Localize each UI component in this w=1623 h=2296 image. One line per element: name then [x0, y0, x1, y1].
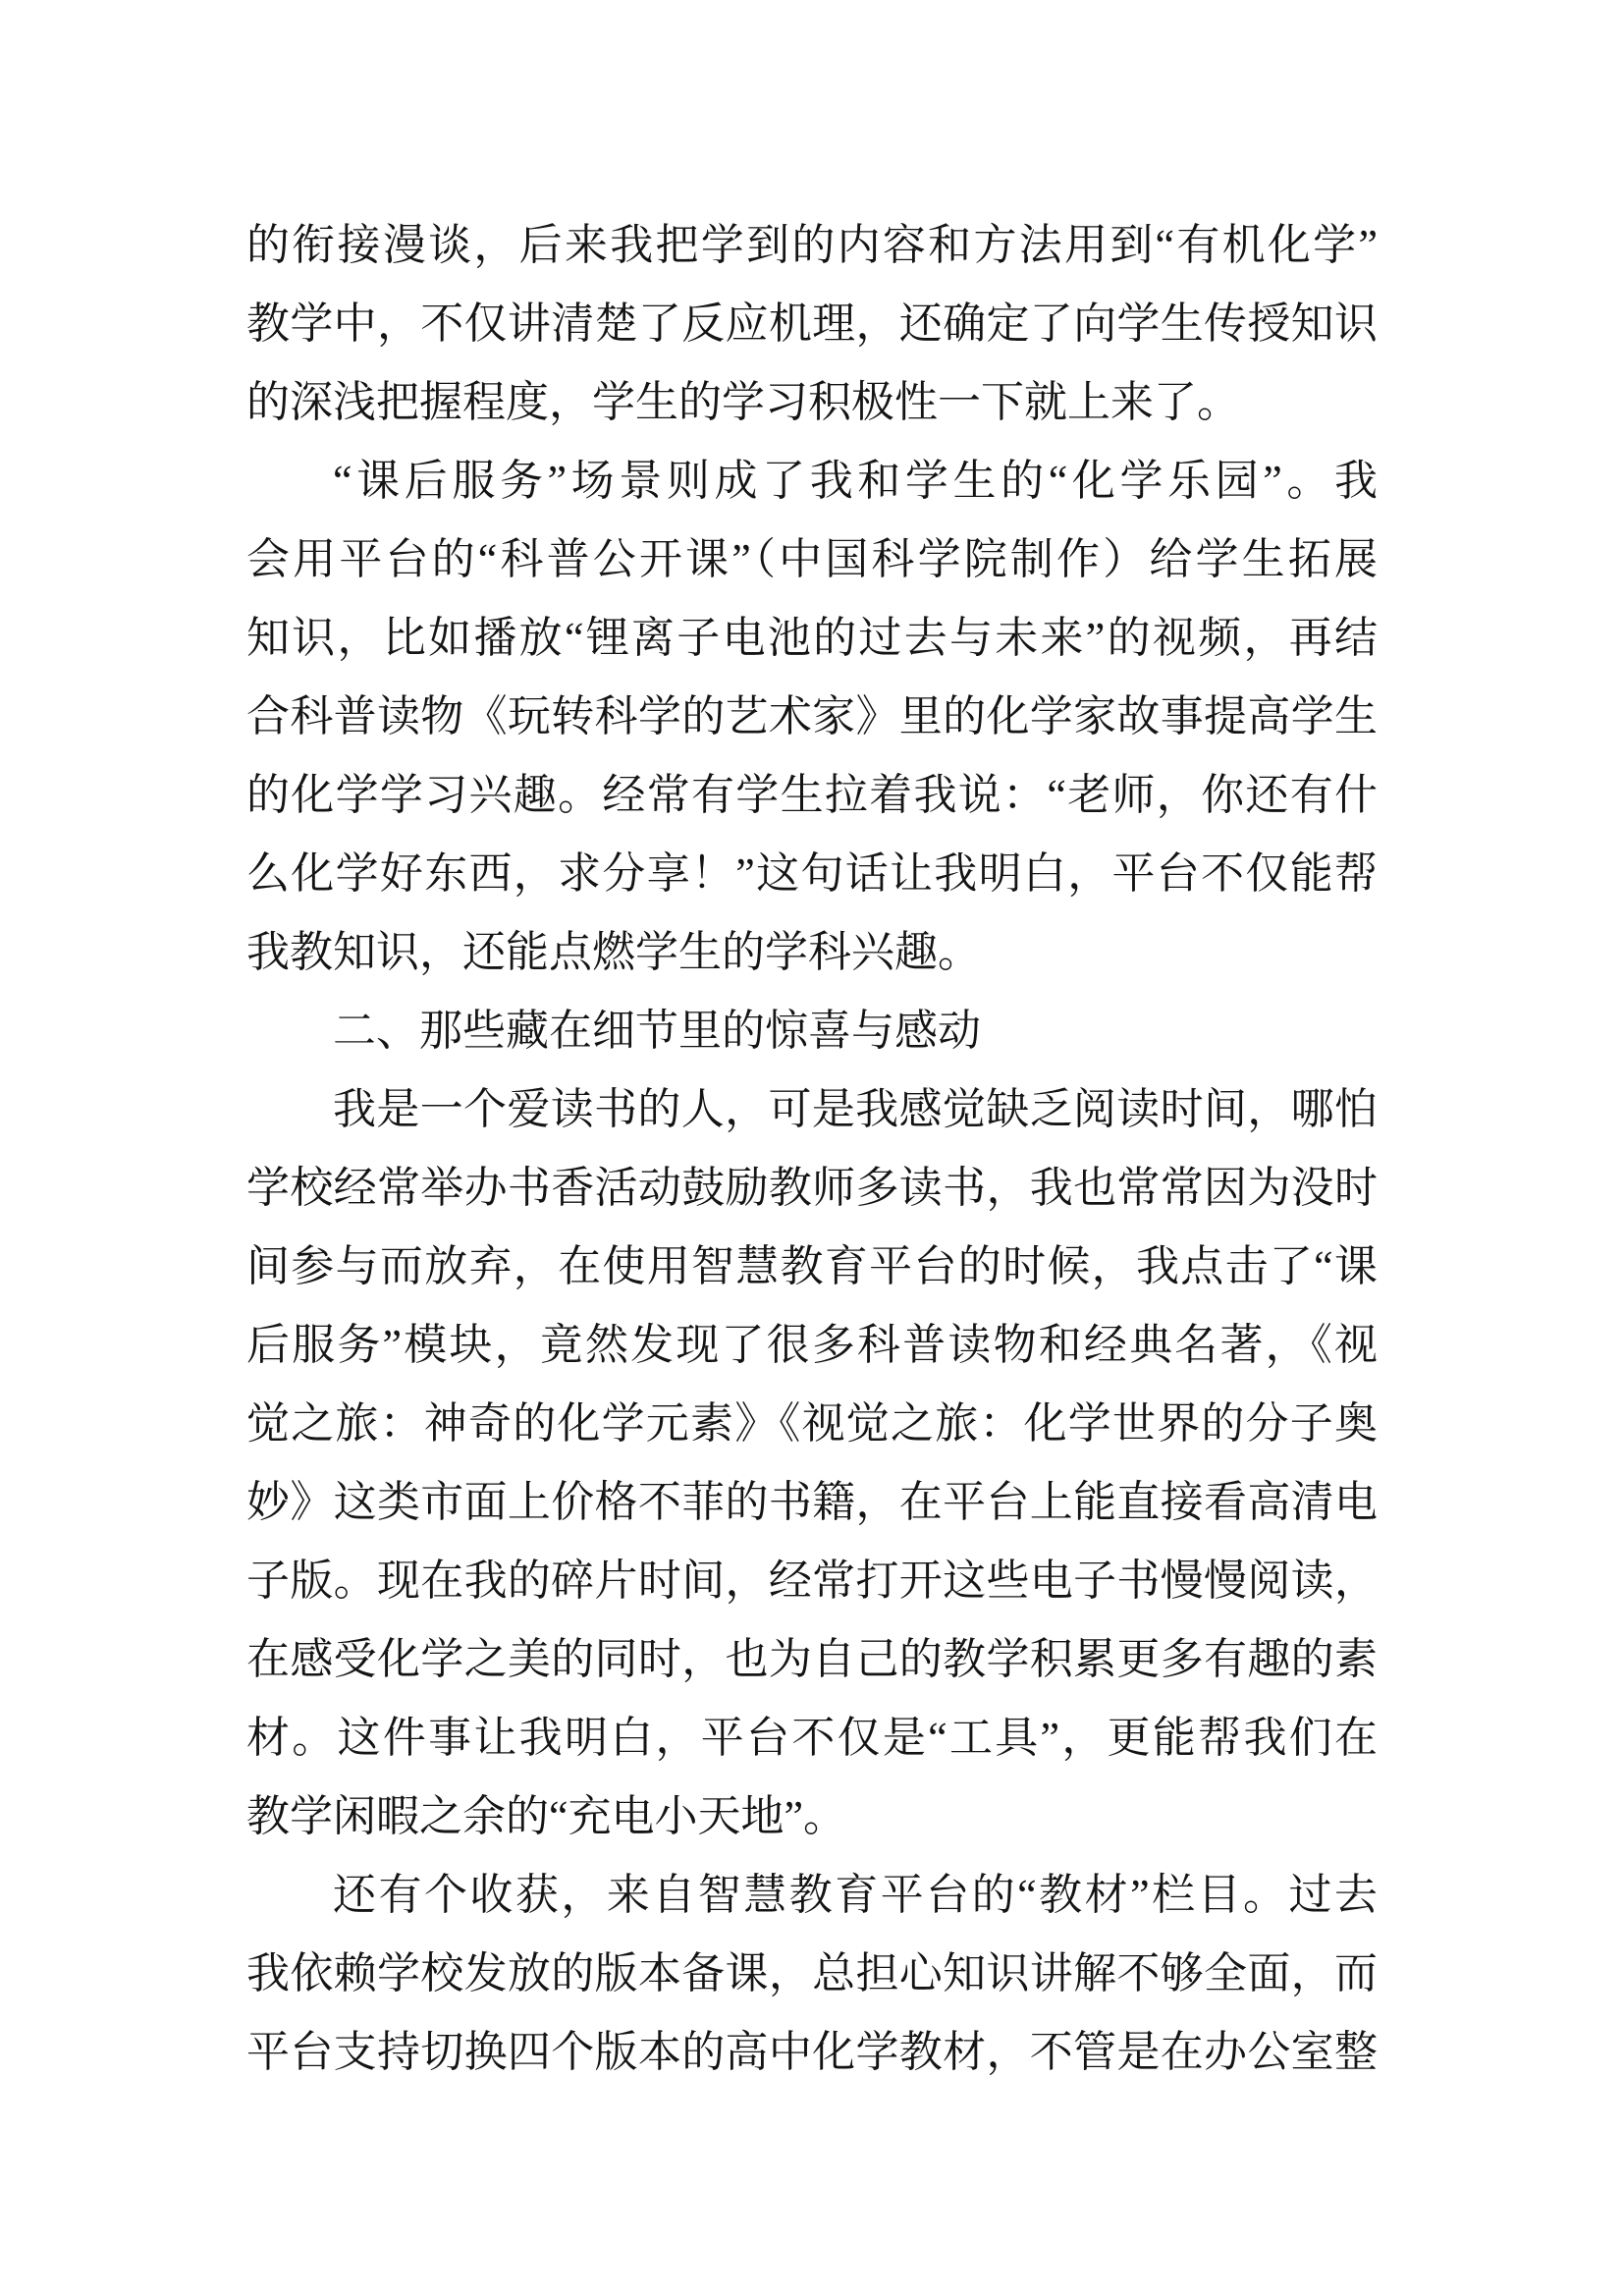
- text-line: 在感受化学之美的同时，也为自己的教学积累更多有趣的素: [246, 1620, 1378, 1699]
- text-line: 会用平台的“科普公开课”（中国科学院制作）给学生拓展: [246, 520, 1378, 599]
- text-line: 么化学好东西，求分享！”这句话让我明白，平台不仅能帮: [246, 835, 1378, 913]
- text-line: “课后服务”场景则成了我和学生的“化学乐园”。我: [246, 442, 1378, 520]
- paragraph: “课后服务”场景则成了我和学生的“化学乐园”。我 会用平台的“科普公开课”（中国…: [246, 442, 1378, 992]
- text-line: 子版。现在我的碎片时间，经常打开这些电子书慢慢阅读，: [246, 1542, 1378, 1620]
- text-line: 还有个收获，来自智慧教育平台的“教材”栏目。过去: [246, 1856, 1378, 1935]
- text-line: 知识，比如播放“锂离子电池的过去与未来”的视频，再结: [246, 599, 1378, 678]
- text-line: 教学中，不仅讲清楚了反应机理，还确定了向学生传授知识: [246, 285, 1378, 363]
- heading-line: 二、那些藏在细节里的惊喜与感动: [246, 992, 1378, 1070]
- text-line: 的深浅把握程度，学生的学习积极性一下就上来了。: [246, 363, 1378, 442]
- paragraph: 还有个收获，来自智慧教育平台的“教材”栏目。过去 我依赖学校发放的版本备课，总担…: [246, 1856, 1378, 2092]
- text-line: 平台支持切换四个版本的高中化学教材，不管是在办公室整: [246, 2013, 1378, 2092]
- paragraph: 我是一个爱读书的人，可是我感觉缺乏阅读时间，哪怕 学校经常举办书香活动鼓励教师多…: [246, 1070, 1378, 1856]
- text-line: 的化学学习兴趣。经常有学生拉着我说：“老师，你还有什: [246, 756, 1378, 835]
- text-line: 妙》这类市面上价格不菲的书籍，在平台上能直接看高清电: [246, 1463, 1378, 1542]
- text-line: 我教知识，还能点燃学生的学科兴趣。: [246, 913, 1378, 992]
- paragraph: 的衔接漫谈，后来我把学到的内容和方法用到“有机化学” 教学中，不仅讲清楚了反应机…: [246, 206, 1378, 442]
- text-line: 我依赖学校发放的版本备课，总担心知识讲解不够全面，而: [246, 1935, 1378, 2013]
- document-body: 的衔接漫谈，后来我把学到的内容和方法用到“有机化学” 教学中，不仅讲清楚了反应机…: [246, 206, 1378, 2092]
- text-line: 后服务”模块，竟然发现了很多科普读物和经典名著，《视: [246, 1306, 1378, 1385]
- section-heading: 二、那些藏在细节里的惊喜与感动: [246, 992, 1378, 1070]
- document-page: 的衔接漫谈，后来我把学到的内容和方法用到“有机化学” 教学中，不仅讲清楚了反应机…: [0, 0, 1623, 2296]
- text-line: 教学闲暇之余的“充电小天地”。: [246, 1777, 1378, 1856]
- text-line: 材。这件事让我明白，平台不仅是“工具”，更能帮我们在: [246, 1699, 1378, 1777]
- text-line: 觉之旅：神奇的化学元素》《视觉之旅：化学世界的分子奥: [246, 1385, 1378, 1463]
- text-line: 间参与而放弃，在使用智慧教育平台的时候，我点击了“课: [246, 1228, 1378, 1306]
- text-line: 学校经常举办书香活动鼓励教师多读书，我也常常因为没时: [246, 1149, 1378, 1228]
- text-line: 合科普读物《玩转科学的艺术家》里的化学家故事提高学生: [246, 678, 1378, 756]
- text-line: 我是一个爱读书的人，可是我感觉缺乏阅读时间，哪怕: [246, 1070, 1378, 1149]
- text-line: 的衔接漫谈，后来我把学到的内容和方法用到“有机化学”: [246, 206, 1378, 285]
